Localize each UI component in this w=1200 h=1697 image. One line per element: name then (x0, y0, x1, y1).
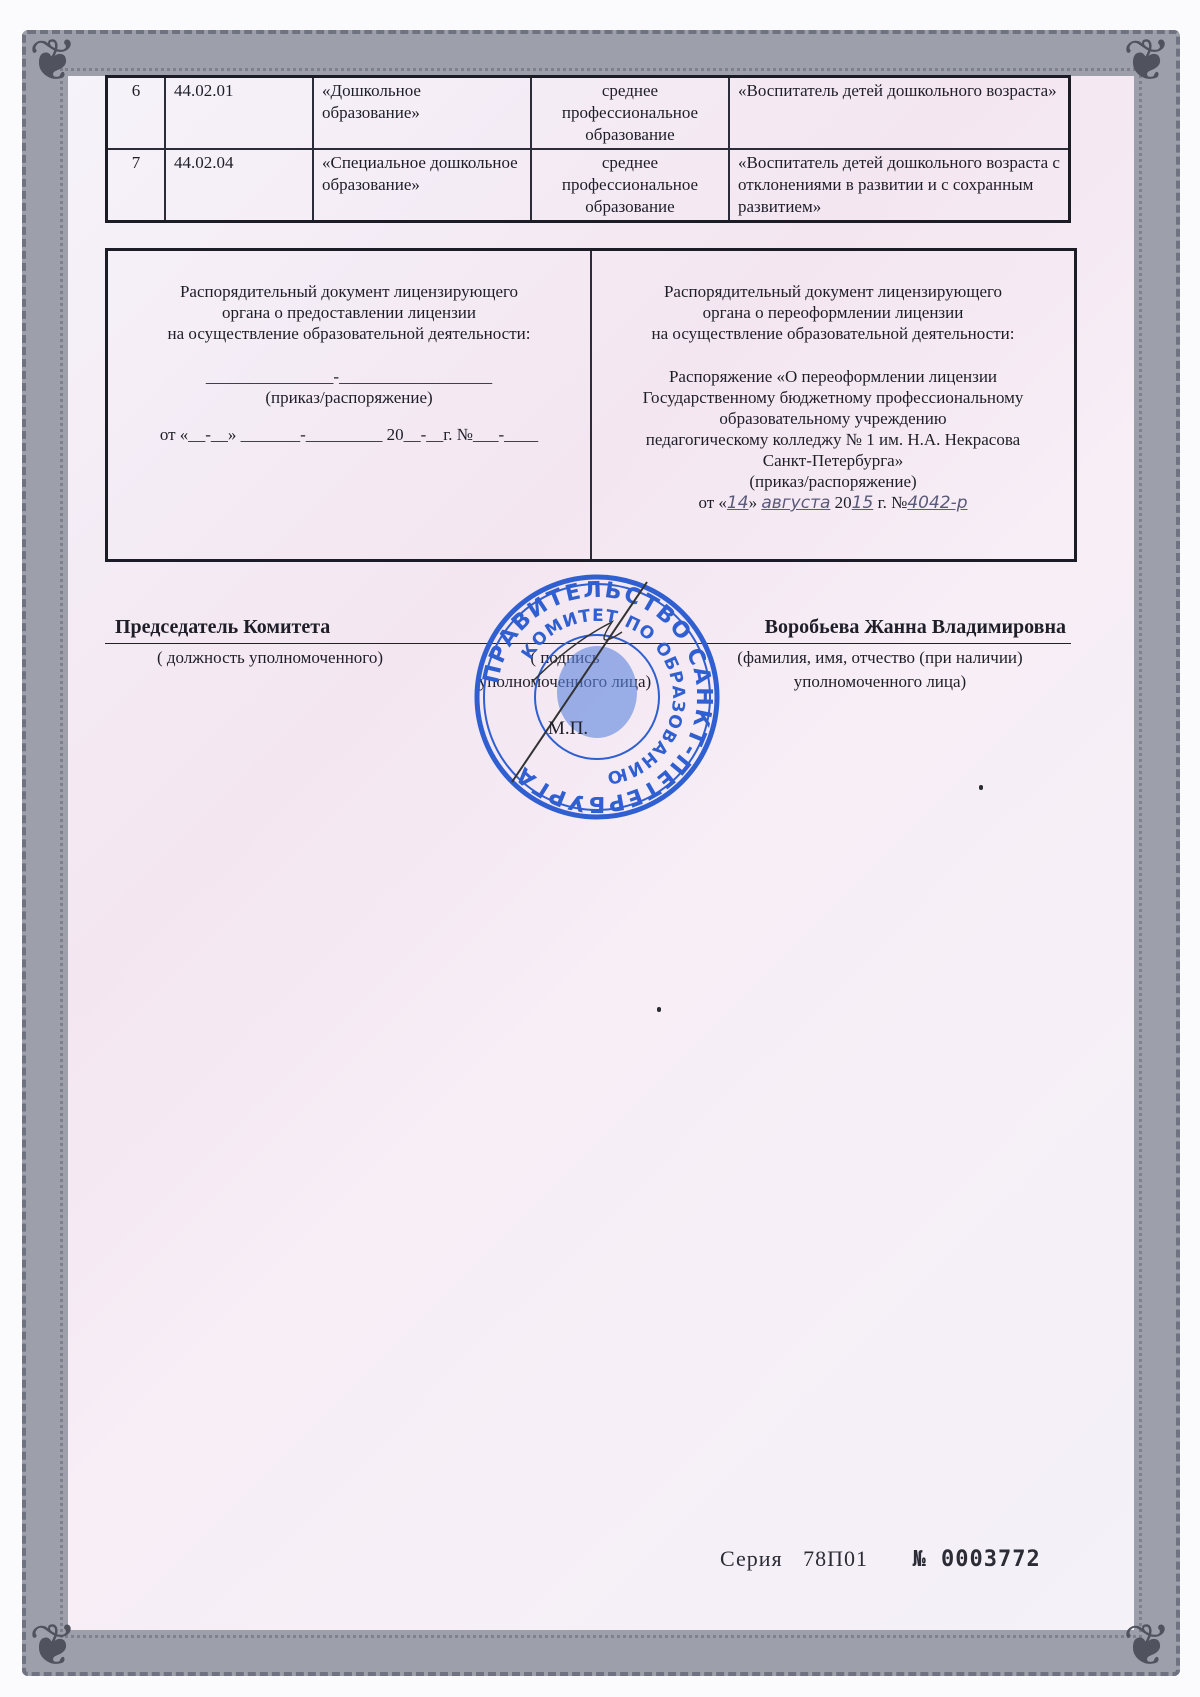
reissue-title: Распорядительный документ лицензирующего (592, 281, 1074, 302)
program-name: «Дошкольное образование» (313, 77, 531, 150)
handwritten-year: 15 (852, 493, 874, 513)
reissue-order-text: Распоряжение «О переоформлении лицензии (592, 366, 1074, 387)
fio-caption-line: (фамилия, имя, отчество (при наличии) (700, 646, 1060, 670)
qualification: «Воспитатель детей дошкольного возраста» (729, 77, 1070, 150)
number-value: 0003772 (941, 1547, 1041, 1572)
handwritten-order-number: 4042-р (907, 493, 967, 513)
corner-ornament-icon: ❦ (1112, 1611, 1182, 1681)
reissue-doc-type: (приказ/распоряжение) (592, 471, 1074, 492)
education-level: среднее профессиональное образование (531, 77, 729, 150)
grant-doc-type: (приказ/распоряжение) (108, 387, 590, 408)
form-number: № 0003772 (913, 1547, 1041, 1572)
grant-order: Распорядительный документ лицензирующего… (108, 251, 592, 559)
license-appendix-page: ❦ ❦ ❦ ❦ 6 44.02.01 «Дошкольное образован… (0, 0, 1200, 1697)
signatory-name: Воробьева Жанна Владимировна (765, 616, 1066, 639)
qualification: «Воспитатель детей дошкольного возраста … (729, 149, 1070, 222)
reissue-order-text: Санкт-Петербурга» (592, 450, 1074, 471)
program-name: «Специальное дошкольное образование» (313, 149, 531, 222)
grant-date-line: от «__-__» _______-_________ 20__-__г. №… (108, 424, 590, 445)
grant-title: органа о предоставлении лицензии (108, 302, 590, 323)
corner-ornament-icon: ❦ (18, 26, 88, 96)
role-caption: ( должность уполномоченного) (120, 646, 420, 670)
grant-title: Распорядительный документ лицензирующего (108, 281, 590, 302)
date-quote: » (749, 493, 758, 512)
seal-place-label: М.П. (548, 718, 588, 740)
number-label: г. № (878, 493, 908, 512)
official-seal-icon: ПРАВИТЕЛЬСТВО САНКТ-ПЕТЕРБУРГА КОМИТЕТ П… (472, 572, 722, 822)
reissue-title: органа о переоформлении лицензии (592, 302, 1074, 323)
program-code: 44.02.01 (165, 77, 313, 150)
fio-caption: (фамилия, имя, отчество (при наличии) уп… (700, 646, 1060, 694)
series-label: Серия (720, 1546, 783, 1571)
grant-blank-line: _______________-__________________ (108, 366, 590, 387)
program-code: 44.02.04 (165, 149, 313, 222)
grant-title: на осуществление образовательной деятель… (108, 323, 590, 344)
handwritten-day: 14 (727, 493, 749, 513)
table-row: 7 44.02.04 «Специальное дошкольное образ… (107, 149, 1070, 222)
number-sign: № (913, 1547, 927, 1572)
signatory-role: Председатель Комитета (115, 616, 330, 639)
corner-ornament-icon: ❦ (18, 1611, 88, 1681)
form-serial: Серия 78П01 № 0003772 (720, 1546, 1041, 1572)
speck (657, 1007, 661, 1012)
date-prefix: от « (698, 493, 726, 512)
education-level: среднее профессиональное образование (531, 149, 729, 222)
table-row: 6 44.02.01 «Дошкольное образование» сред… (107, 77, 1070, 150)
orders-block: Распорядительный документ лицензирующего… (105, 248, 1077, 562)
handwritten-month: августа (761, 493, 830, 513)
row-number: 6 (107, 77, 166, 150)
reissue-date-line: от «14» августа 2015 г. №4042-р (592, 492, 1074, 514)
row-number: 7 (107, 149, 166, 222)
reissue-order-text: педагогическому колледжу № 1 им. Н.А. Не… (592, 429, 1074, 450)
corner-ornament-icon: ❦ (1112, 26, 1182, 96)
speck (979, 785, 983, 790)
reissue-order: Распорядительный документ лицензирующего… (592, 251, 1074, 559)
year-prefix: 20 (835, 493, 852, 512)
programs-table: 6 44.02.01 «Дошкольное образование» сред… (105, 75, 1071, 223)
fio-caption-line: уполномоченного лица) (700, 670, 1060, 694)
reissue-title: на осуществление образовательной деятель… (592, 323, 1074, 344)
reissue-order-text: Государственному бюджетному профессионал… (592, 387, 1074, 408)
series-value: 78П01 (803, 1546, 868, 1571)
reissue-order-text: образовательному учреждению (592, 408, 1074, 429)
